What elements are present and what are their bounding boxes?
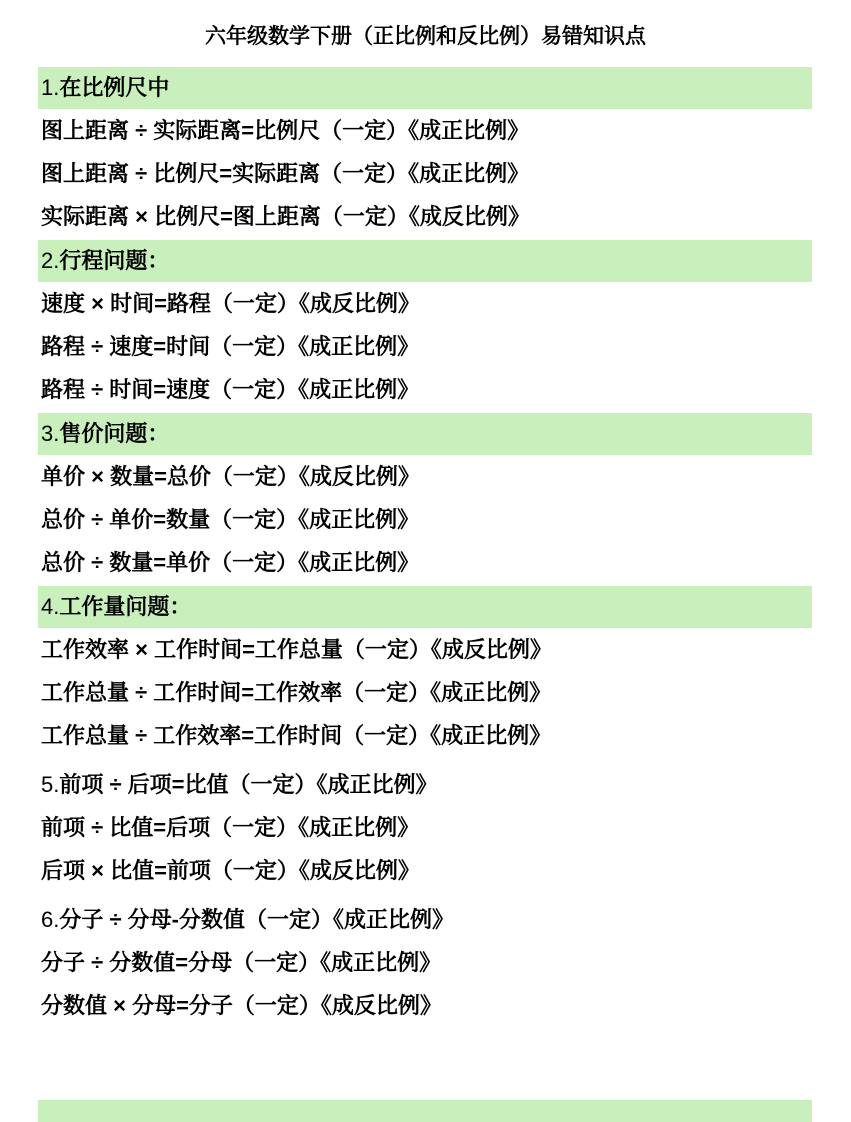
formula-line: 工作总量 ÷ 工作效率=工作时间（一定）《成正比例》 [38, 714, 812, 757]
formula-text: 图上距离 ÷ 比例尺=实际距离（一定）《成正比例》 [41, 161, 529, 186]
section-scale: 1.在比例尺中 图上距离 ÷ 实际距离=比例尺（一定）《成正比例》 图上距离 ÷… [38, 67, 812, 238]
section-header: 3.售价问题： [38, 413, 812, 455]
section-number: 2. [41, 248, 59, 273]
formula-line: 总价 ÷ 数量=单价（一定）《成正比例》 [38, 541, 812, 584]
formula-text: 路程 ÷ 速度=时间（一定）《成正比例》 [41, 334, 419, 359]
section-header: 4.工作量问题： [38, 586, 812, 628]
formula-text: 工作总量 ÷ 工作时间=工作效率（一定）《成正比例》 [41, 680, 551, 705]
section-number: 4. [41, 594, 59, 619]
formula-line: 速度 × 时间=路程（一定）《成反比例》 [38, 282, 812, 325]
formula-line: 图上距离 ÷ 比例尺=实际距离（一定）《成正比例》 [38, 152, 812, 195]
formula-text: 分子 ÷ 分母-分数值（一定）《成正比例》 [59, 907, 454, 932]
formula-text: 工作效率 × 工作时间=工作总量（一定）《成反比例》 [41, 637, 552, 662]
formula-text: 单价 × 数量=总价（一定）《成反比例》 [41, 464, 420, 489]
formula-text: 速度 × 时间=路程（一定）《成反比例》 [41, 291, 420, 316]
item-number: 5. [41, 772, 59, 797]
section-title: 行程问题： [59, 248, 169, 273]
formula-text: 图上距离 ÷ 实际距离=比例尺（一定）《成正比例》 [41, 118, 529, 143]
bottom-highlight-bar [38, 1100, 812, 1122]
section-header: 1.在比例尺中 [38, 67, 812, 109]
formula-text: 工作总量 ÷ 工作效率=工作时间（一定）《成正比例》 [41, 723, 551, 748]
formula-line: 分子 ÷ 分数值=分母（一定）《成正比例》 [38, 941, 812, 984]
formula-text: 前项 ÷ 后项=比值（一定）《成正比例》 [59, 772, 437, 797]
section-title: 在比例尺中 [59, 75, 169, 100]
formula-line: 分数值 × 分母=分子（一定）《成反比例》 [38, 984, 812, 1027]
section-title: 售价问题： [59, 421, 169, 446]
formula-line: 6.分子 ÷ 分母-分数值（一定）《成正比例》 [38, 898, 812, 941]
section-number: 1. [41, 75, 59, 100]
formula-text: 前项 ÷ 比值=后项（一定）《成正比例》 [41, 815, 419, 840]
section-title: 工作量问题： [59, 594, 191, 619]
page: { "page": { "title": "六年级数学下册（正比例和反比例）易错… [0, 0, 851, 1122]
formula-text: 总价 ÷ 单价=数量（一定）《成正比例》 [41, 507, 419, 532]
formula-line: 前项 ÷ 比值=后项（一定）《成正比例》 [38, 806, 812, 849]
formula-text: 分数值 × 分母=分子（一定）《成反比例》 [41, 993, 442, 1018]
section-travel: 2.行程问题： 速度 × 时间=路程（一定）《成反比例》 路程 ÷ 速度=时间（… [38, 240, 812, 411]
formula-text: 总价 ÷ 数量=单价（一定）《成正比例》 [41, 550, 419, 575]
item-number: 6. [41, 907, 59, 932]
document-body: 1.在比例尺中 图上距离 ÷ 实际距离=比例尺（一定）《成正比例》 图上距离 ÷… [38, 67, 812, 1027]
formula-text: 分子 ÷ 分数值=分母（一定）《成正比例》 [41, 950, 441, 975]
formula-line: 5.前项 ÷ 后项=比值（一定）《成正比例》 [38, 763, 812, 806]
formula-line: 路程 ÷ 速度=时间（一定）《成正比例》 [38, 325, 812, 368]
formula-line: 工作总量 ÷ 工作时间=工作效率（一定）《成正比例》 [38, 671, 812, 714]
section-ratio: 5.前项 ÷ 后项=比值（一定）《成正比例》 前项 ÷ 比值=后项（一定）《成正… [38, 763, 812, 892]
section-price: 3.售价问题： 单价 × 数量=总价（一定）《成反比例》 总价 ÷ 单价=数量（… [38, 413, 812, 584]
section-header: 2.行程问题： [38, 240, 812, 282]
section-number: 3. [41, 421, 59, 446]
formula-line: 工作效率 × 工作时间=工作总量（一定）《成反比例》 [38, 628, 812, 671]
formula-line: 总价 ÷ 单价=数量（一定）《成正比例》 [38, 498, 812, 541]
formula-line: 单价 × 数量=总价（一定）《成反比例》 [38, 455, 812, 498]
formula-line: 路程 ÷ 时间=速度（一定）《成正比例》 [38, 368, 812, 411]
formula-text: 实际距离 × 比例尺=图上距离（一定）《成反比例》 [41, 204, 530, 229]
section-fraction: 6.分子 ÷ 分母-分数值（一定）《成正比例》 分子 ÷ 分数值=分母（一定）《… [38, 898, 812, 1027]
formula-text: 后项 × 比值=前项（一定）《成反比例》 [41, 858, 420, 883]
formula-text: 路程 ÷ 时间=速度（一定）《成正比例》 [41, 377, 419, 402]
formula-line: 图上距离 ÷ 实际距离=比例尺（一定）《成正比例》 [38, 109, 812, 152]
formula-line: 实际距离 × 比例尺=图上距离（一定）《成反比例》 [38, 195, 812, 238]
section-work: 4.工作量问题： 工作效率 × 工作时间=工作总量（一定）《成反比例》 工作总量… [38, 586, 812, 757]
formula-line: 后项 × 比值=前项（一定）《成反比例》 [38, 849, 812, 892]
document-title: 六年级数学下册（正比例和反比例）易错知识点 [0, 0, 851, 49]
